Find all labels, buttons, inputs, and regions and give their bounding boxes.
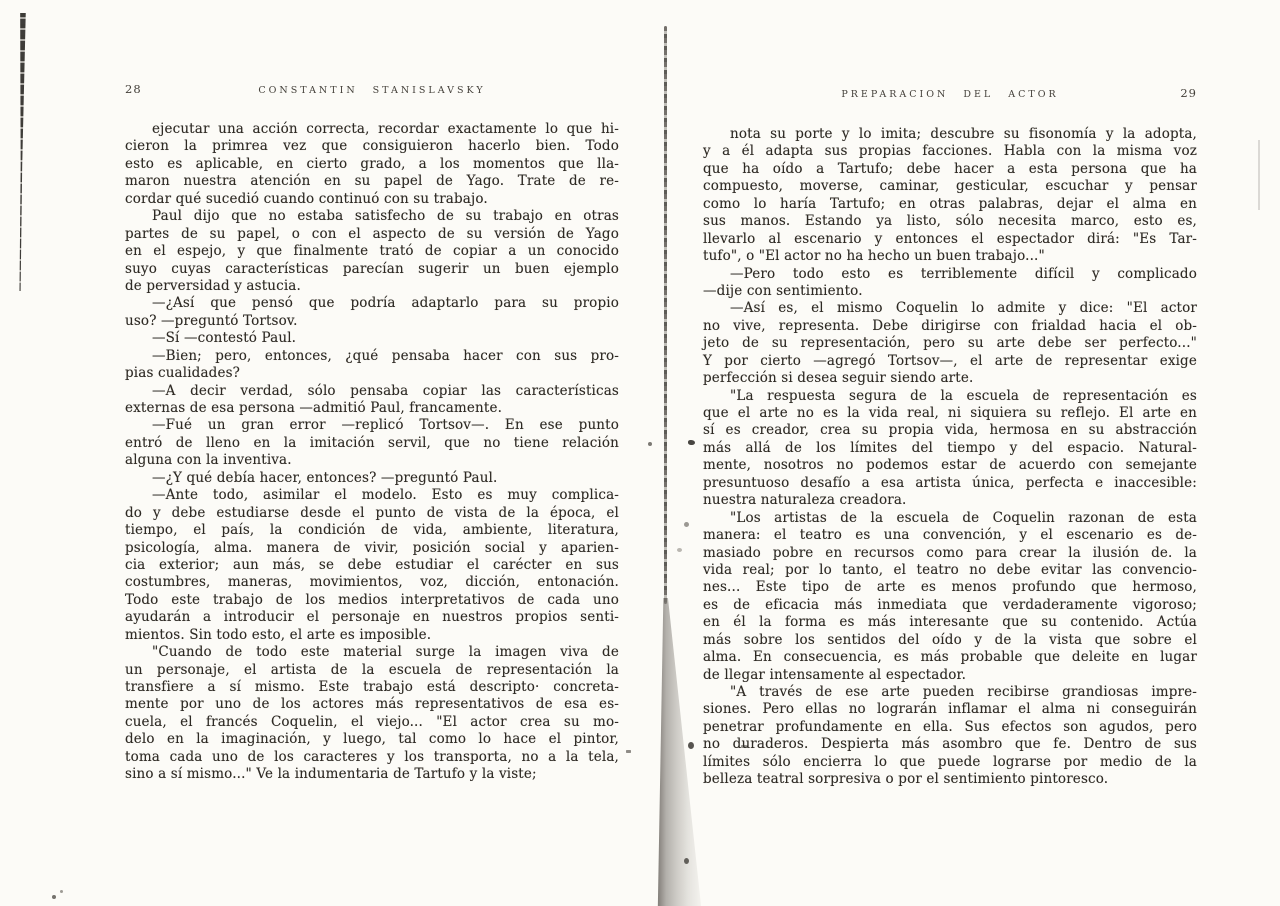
text-line: "Los artistas de la escuela de Coquelin … xyxy=(703,510,1197,527)
text-line: —¿Y qué debía hacer, entonces? —preguntó… xyxy=(125,470,619,487)
text-line: sino a sí mismo..." Ve la indumentaria d… xyxy=(125,766,619,783)
paragraph: Paul dijo que no estaba satisfecho de su… xyxy=(125,208,619,295)
paragraph: "Cuando de todo este material surge la i… xyxy=(125,644,619,784)
paragraph: —Pero todo esto es terriblemente difícil… xyxy=(703,266,1197,301)
text-line: siones. Pero ellas no lograrán inflamar … xyxy=(703,701,1197,718)
paragraph: ejecutar una acción correcta, recordar e… xyxy=(125,121,619,208)
text-line: transfiere a sí mismo. Este trabajo está… xyxy=(125,679,619,696)
text-line: alguna con la inventiva. xyxy=(125,452,619,469)
paragraph: "Los artistas de la escuela de Coquelin … xyxy=(703,510,1197,684)
text-line: penetrar profundamente en ella. Sus efec… xyxy=(703,719,1197,736)
scan-artifact-right-edge xyxy=(1258,140,1260,210)
text-line: presuntuoso desafío a esa artista única,… xyxy=(703,475,1197,492)
right-page-number: 29 xyxy=(1137,86,1197,100)
text-line: Todo este trabajo de los medios interpre… xyxy=(125,592,619,609)
text-line: en el espejo, y que finalmente trató de … xyxy=(125,243,619,260)
text-line: mente por uno de los actores más represe… xyxy=(125,696,619,713)
text-line: no duraderos. Despierta más asombro que … xyxy=(703,736,1197,753)
text-line: jeto de su representación, pero su arte … xyxy=(703,335,1197,352)
paragraph: —Fué un gran error —replicó Tortsov—. En… xyxy=(125,417,619,469)
text-line: "La respuesta segura de la escuela de re… xyxy=(703,388,1197,405)
text-line: —Ante todo, asimilar el modelo. Esto es … xyxy=(125,487,619,504)
text-line: —Así es, el mismo Coquelin lo admite y d… xyxy=(703,300,1197,317)
ink-speck xyxy=(60,890,63,893)
book-gutter-line xyxy=(664,26,667,604)
scan-artifact-left-edge xyxy=(17,13,27,291)
text-line: como lo haría Tartufo; en otras palabras… xyxy=(703,196,1197,213)
right-running-header-title: PREPARACION DEL ACTOR xyxy=(763,89,1137,100)
text-line: vida real; por lo tanto, el teatro no de… xyxy=(703,562,1197,579)
text-line: do y debe estudiarse desde el punto de v… xyxy=(125,505,619,522)
ink-speck xyxy=(688,742,694,749)
paragraph: —Así es, el mismo Coquelin lo admite y d… xyxy=(703,300,1197,387)
paragraph: —A decir verdad, sólo pensaba copiar las… xyxy=(125,383,619,418)
text-line: —¿Así que pensó que podría adaptarlo par… xyxy=(125,295,619,312)
paragraph: —Sí —contestó Paul. xyxy=(125,330,619,347)
text-line: perfección si desea seguir siendo arte. xyxy=(703,370,1197,387)
text-line: toma cada uno de los caracteres y los tr… xyxy=(125,749,619,766)
text-line: un personaje, el artista de la escuela d… xyxy=(125,662,619,679)
book-gutter-shadow xyxy=(656,598,702,906)
text-line: alma. En consecuencia, es más probable q… xyxy=(703,649,1197,666)
text-line: Paul dijo que no estaba satisfecho de su… xyxy=(125,208,619,225)
text-line: de llegar intensamente al espectador. xyxy=(703,667,1197,684)
text-line: ejecutar una acción correcta, recordar e… xyxy=(125,121,619,138)
text-line: externas de esa persona —admitió Paul, f… xyxy=(125,400,619,417)
text-line: "Cuando de todo este material surge la i… xyxy=(125,644,619,661)
text-line: manera: el teatro es una convención, y e… xyxy=(703,527,1197,544)
text-line: que el arte no es la vida real, ni siqui… xyxy=(703,405,1197,422)
text-line: y a él adapta sus propias facciones. Hab… xyxy=(703,143,1197,160)
left-page-number: 28 xyxy=(125,82,185,96)
paragraph: nota su porte y lo imita; descubre su fi… xyxy=(703,126,1197,266)
ink-speck xyxy=(688,440,695,445)
paragraph: "A través de ese arte pueden recibirse g… xyxy=(703,684,1197,789)
text-line: nota su porte y lo imita; descubre su fi… xyxy=(703,126,1197,143)
text-line: tufo", o "El actor no ha hecho un buen t… xyxy=(703,248,1197,265)
left-running-head: 28 CONSTANTIN STANISLAVSKY xyxy=(125,82,619,96)
text-line: "A través de ese arte pueden recibirse g… xyxy=(703,684,1197,701)
paragraph: —¿Así que pensó que podría adaptarlo par… xyxy=(125,295,619,330)
text-line: partes de su papel, o con el aspecto de … xyxy=(125,226,619,243)
text-line: nuestra naturaleza creadora. xyxy=(703,492,1197,509)
text-line: en él la forma es más interesante que su… xyxy=(703,614,1197,631)
text-line: de perversidad y astucia. xyxy=(125,278,619,295)
text-line: suyo cuyas características parecían suge… xyxy=(125,261,619,278)
text-line: —Sí —contestó Paul. xyxy=(125,330,619,347)
right-running-head: PREPARACION DEL ACTOR 29 xyxy=(703,86,1197,100)
text-line: Y por cierto —agregó Tortsov—, el arte d… xyxy=(703,353,1197,370)
text-line: compuesto, moverse, caminar, gesticular,… xyxy=(703,178,1197,195)
left-page: 28 CONSTANTIN STANISLAVSKY ejecutar una … xyxy=(125,0,619,784)
left-running-header-title: CONSTANTIN STANISLAVSKY xyxy=(185,85,559,96)
text-line: ayudarán a introducir el personaje en nu… xyxy=(125,609,619,626)
text-line: cia exterior; aun más, se debe estudiar … xyxy=(125,557,619,574)
text-line: es de eficacia más inmediata que verdade… xyxy=(703,597,1197,614)
text-line: maron nuestra atención en su papel de Ya… xyxy=(125,173,619,190)
text-line: nes... Este tipo de arte es menos profun… xyxy=(703,579,1197,596)
text-line: uso? —preguntó Tortsov. xyxy=(125,313,619,330)
ink-speck xyxy=(684,858,689,864)
text-line: sí es creador, crea su propia vida, herm… xyxy=(703,422,1197,439)
text-line: costumbres, maneras, movimientos, voz, d… xyxy=(125,574,619,591)
text-line: entró de lleno en la imitación servil, q… xyxy=(125,435,619,452)
ink-speck xyxy=(677,548,682,552)
text-line: límites sólo encierra lo que puede logra… xyxy=(703,754,1197,771)
book-scan: 28 CONSTANTIN STANISLAVSKY ejecutar una … xyxy=(0,0,1280,906)
text-line: —Bien; pero, entonces, ¿qué pensaba hace… xyxy=(125,348,619,365)
paragraph: —Bien; pero, entonces, ¿qué pensaba hace… xyxy=(125,348,619,383)
text-line: cieron la primrea vez que consiguieron h… xyxy=(125,138,619,155)
paragraph: —Ante todo, asimilar el modelo. Esto es … xyxy=(125,487,619,644)
ink-speck xyxy=(52,895,56,899)
text-line: —A decir verdad, sólo pensaba copiar las… xyxy=(125,383,619,400)
text-line: más sobre los sentidos del oído y de la … xyxy=(703,632,1197,649)
right-page-text: nota su porte y lo imita; descubre su fi… xyxy=(703,126,1197,789)
text-line: belleza teatral sorpresiva o por el sent… xyxy=(703,771,1197,788)
paragraph: "La respuesta segura de la escuela de re… xyxy=(703,388,1197,510)
text-line: mente, nosotros no podemos estar de acue… xyxy=(703,457,1197,474)
ink-speck xyxy=(684,522,689,527)
text-line: no vive, representa. Debe dirigirse con … xyxy=(703,318,1197,335)
left-page-text: ejecutar una acción correcta, recordar e… xyxy=(125,121,619,784)
text-line: pias cualidades? xyxy=(125,365,619,382)
text-line: tiempo, el país, la condición de vida, a… xyxy=(125,522,619,539)
text-line: mientos. Sin todo esto, el arte es impos… xyxy=(125,627,619,644)
text-line: masiado pobre en recursos como para crea… xyxy=(703,545,1197,562)
text-line: —Pero todo esto es terriblemente difícil… xyxy=(703,266,1197,283)
text-line: cuela, el francés Coquelin, el viejo... … xyxy=(125,714,619,731)
text-line: sus manos. Estando ya listo, sólo necesi… xyxy=(703,213,1197,230)
ink-speck xyxy=(626,750,631,753)
text-line: psicología, alma. manera de vivir, posic… xyxy=(125,540,619,557)
ink-speck xyxy=(648,442,652,446)
text-line: llevarlo al escenario y entonces el espe… xyxy=(703,231,1197,248)
text-line: delo en la imaginación, y luego, tal com… xyxy=(125,731,619,748)
text-line: esto es aplicable, en cierto grado, a lo… xyxy=(125,156,619,173)
text-line: —Fué un gran error —replicó Tortsov—. En… xyxy=(125,417,619,434)
text-line: más allá de los límites del tiempo y del… xyxy=(703,440,1197,457)
right-page: PREPARACION DEL ACTOR 29 nota su porte y… xyxy=(703,0,1197,789)
text-line: cordar qué sucedió cuando continuó con s… xyxy=(125,191,619,208)
text-line: que ha oído a Tartufo; debe hacer a esta… xyxy=(703,161,1197,178)
paragraph: —¿Y qué debía hacer, entonces? —preguntó… xyxy=(125,470,619,487)
text-line: —dije con sentimiento. xyxy=(703,283,1197,300)
